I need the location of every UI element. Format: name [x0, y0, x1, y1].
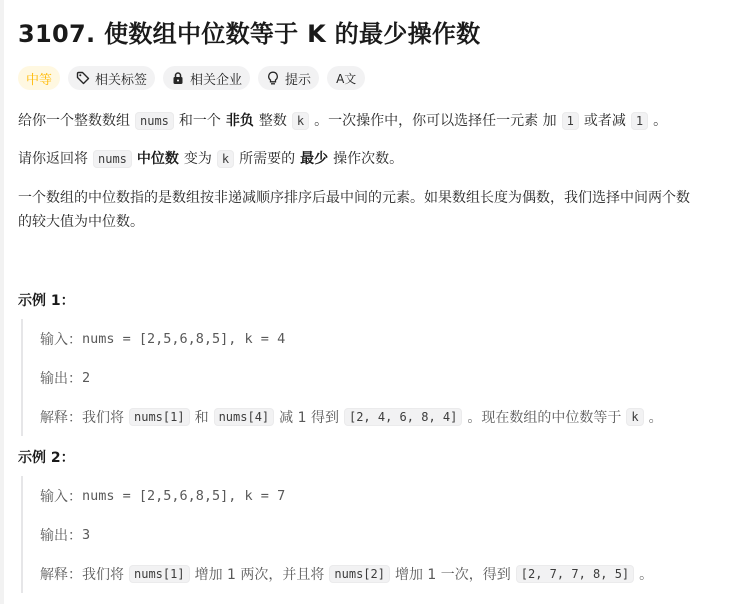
- example-1-block: 输入： nums = [2,5,6,8,5], k = 4 输出： 2 解释： …: [21, 319, 730, 436]
- left-panel-edge: [0, 0, 4, 604]
- translate-button[interactable]: A文: [327, 66, 365, 90]
- related-tags-label: 相关标签: [95, 69, 147, 88]
- related-companies-label: 相关企业: [190, 69, 242, 88]
- inline-code: k: [217, 150, 234, 168]
- inline-code: [2, 7, 7, 8, 5]: [516, 565, 634, 583]
- example-2-input: 输入： nums = [2,5,6,8,5], k = 7: [40, 476, 730, 515]
- description-paragraph-3: 一个数组的中位数指的是数组按非递减顺序排序后最中间的元素。如果数组长度为偶数，我…: [18, 186, 690, 234]
- inline-code: nums: [135, 112, 174, 130]
- hints-label: 提示: [285, 69, 311, 88]
- lightbulb-icon: [266, 71, 280, 85]
- difficulty-badge: 中等: [18, 66, 60, 90]
- hints-button[interactable]: 提示: [258, 66, 319, 90]
- problem-title: 3107. 使数组中位数等于 K 的最少操作数: [18, 14, 480, 49]
- tag-bar: 中等 相关标签 相关企业 提示 A文: [18, 66, 365, 90]
- bold-text: 非负: [226, 113, 254, 129]
- description-paragraph-2: 请你返回将nums中位数变为k所需要的最少操作次数。: [18, 148, 403, 170]
- lock-icon: [171, 71, 185, 85]
- inline-code: nums[2]: [329, 565, 390, 583]
- description-paragraph-1: 给你一个整数数组nums和一个非负整数k。一次操作中，你可以选择任一元素 加1或…: [18, 110, 667, 132]
- example-1-explanation: 解释： 我们将 nums[1] 和 nums[4] 减 1 得到 [2, 4, …: [40, 397, 730, 436]
- inline-code: k: [626, 408, 643, 426]
- example-1-input: 输入： nums = [2,5,6,8,5], k = 4: [40, 319, 730, 358]
- example-1-title: 示例 1：: [18, 290, 75, 310]
- example-2-output: 输出： 3: [40, 515, 730, 554]
- inline-code: nums[1]: [129, 408, 190, 426]
- example-2-explanation: 解释： 我们将 nums[1] 增加 1 两次，并且将 nums[2] 增加 1…: [40, 554, 730, 593]
- inline-code: 1: [631, 112, 648, 130]
- bold-text: 最少: [300, 151, 328, 167]
- translate-icon: A文: [336, 70, 356, 87]
- inline-code: nums: [93, 150, 132, 168]
- tag-icon: [76, 71, 90, 85]
- example-2-block: 输入： nums = [2,5,6,8,5], k = 7 输出： 3 解释： …: [21, 476, 730, 593]
- inline-code: [2, 4, 6, 8, 4]: [344, 408, 462, 426]
- related-tags-button[interactable]: 相关标签: [68, 66, 155, 90]
- difficulty-label: 中等: [26, 69, 52, 88]
- example-1-output: 输出： 2: [40, 358, 730, 397]
- related-companies-button[interactable]: 相关企业: [163, 66, 250, 90]
- example-2-title: 示例 2：: [18, 447, 75, 467]
- inline-code: k: [292, 112, 309, 130]
- inline-code: nums[1]: [129, 565, 190, 583]
- inline-code: 1: [562, 112, 579, 130]
- inline-code: nums[4]: [214, 408, 275, 426]
- bold-text: 中位数: [137, 151, 179, 167]
